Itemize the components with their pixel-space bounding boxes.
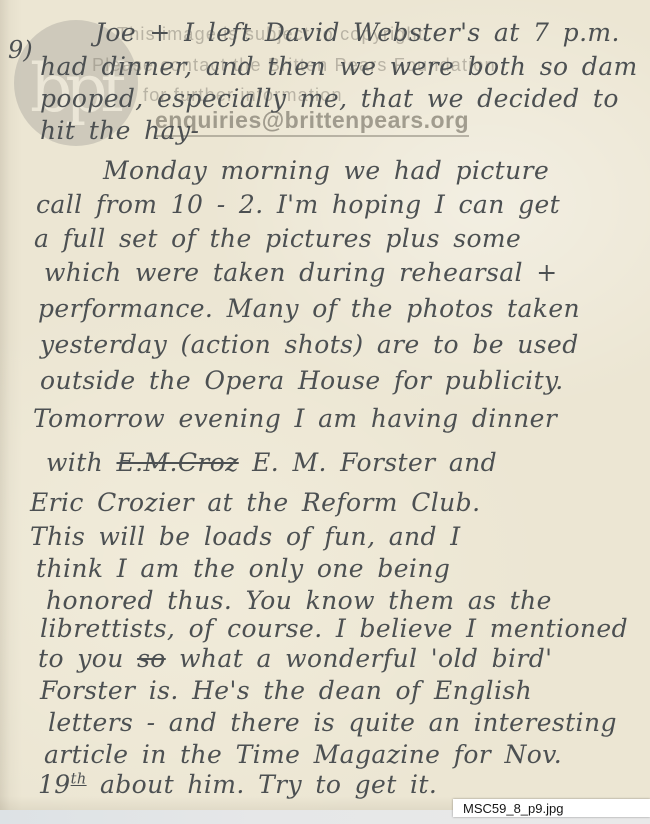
handwritten-line: Eric Crozier at the Reform Club.: [30, 488, 480, 517]
handwritten-line: This will be loads of fun, and I: [30, 522, 461, 551]
handwritten-line: outside the Opera House for publicity.: [40, 366, 564, 395]
filename-label: MSC59_8_p9.jpg: [453, 801, 563, 816]
handwritten-line: Joe + I left David Webster's at 7 p.m.: [95, 18, 620, 47]
handwritten-line: Monday morning we had picture: [103, 156, 549, 185]
handwritten-line: Tomorrow evening I am having dinner: [33, 404, 557, 433]
handwritten-line: letters - and there is quite an interest…: [48, 708, 617, 737]
handwritten-line: had dinner, and then we were both so dam: [40, 52, 638, 81]
filename-bar: MSC59_8_p9.jpg: [453, 799, 650, 817]
letter-scan-page: bpf This image is subject to copyright. …: [0, 0, 650, 824]
handwritten-line: hit the hay-: [40, 116, 199, 145]
handwritten-line: a full set of the pictures plus some: [34, 224, 521, 253]
handwritten-line: pooped, especially me, that we decided t…: [40, 84, 619, 113]
handwritten-line: think I am the only one being: [36, 554, 450, 583]
handwritten-line: yesterday (action shots) are to be used: [40, 330, 579, 359]
handwritten-line: article in the Time Magazine for Nov.: [44, 740, 562, 769]
handwritten-line: honored thus. You know them as the: [46, 586, 552, 615]
handwritten-line: with E.M.Croz E. M. Forster and: [46, 448, 497, 477]
letter-body: Joe + I left David Webster's at 7 p.m.ha…: [0, 0, 650, 810]
handwritten-line: performance. Many of the photos taken: [38, 294, 580, 323]
handwritten-line: call from 10 - 2. I'm hoping I can get: [36, 190, 560, 219]
handwritten-line: 19th about him. Try to get it.: [38, 770, 437, 799]
handwritten-line: which were taken during rehearsal +: [44, 258, 558, 287]
handwritten-line: Forster is. He's the dean of English: [40, 676, 532, 705]
handwritten-line: to you so what a wonderful 'old bird': [38, 644, 552, 673]
handwritten-line: librettists, of course. I believe I ment…: [40, 614, 628, 643]
